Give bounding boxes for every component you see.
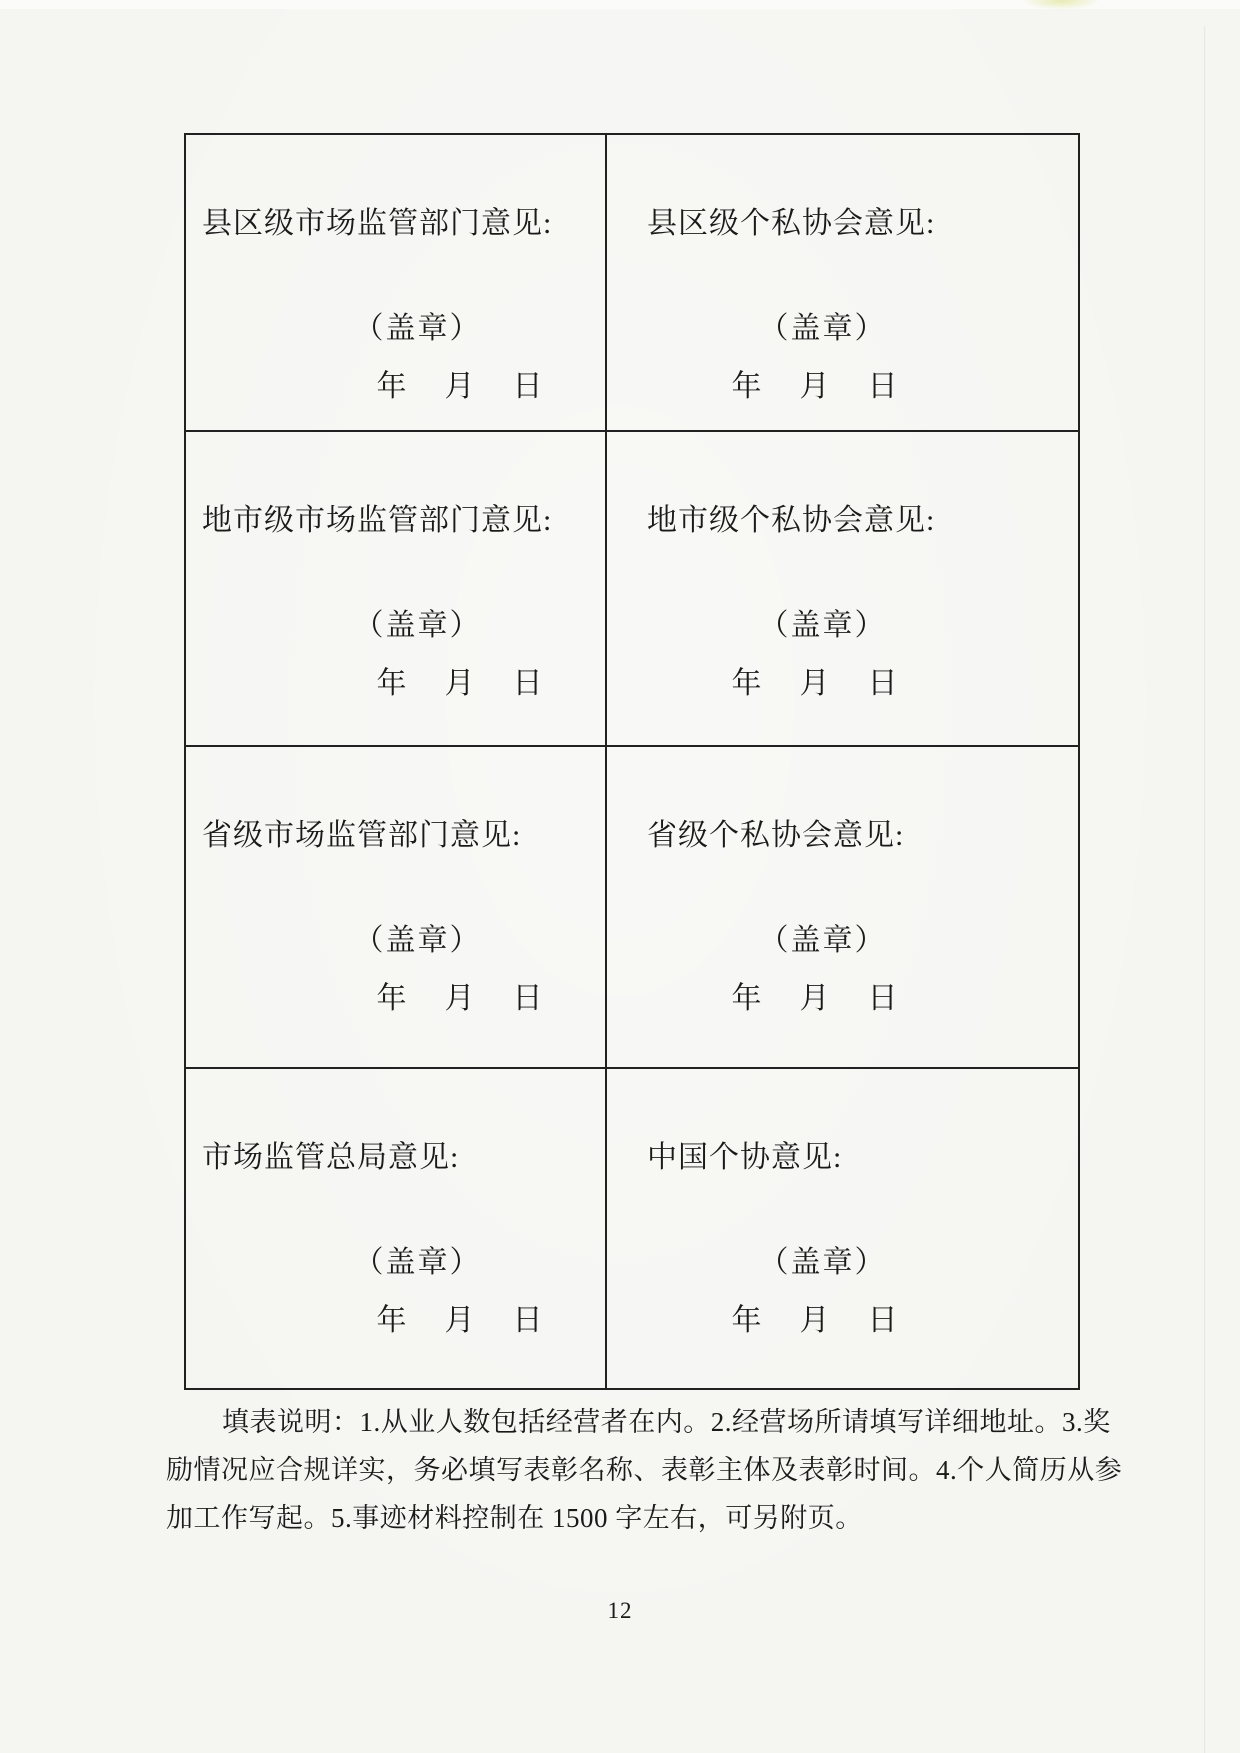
- opinion-table: 县区级市场监管部门意见: （盖章） 年 月 日 县区级个私协会意见: （盖章） …: [184, 133, 1080, 1390]
- opinion-title: 县区级市场监管部门意见:: [202, 209, 552, 239]
- opinion-cell-city-private-association: 地市级个私协会意见: （盖章） 年 月 日: [607, 432, 1078, 745]
- instruction-line: 填表说明：1.从业人数包括经营者在内。2.经营场所请填写详细地址。3.奖: [166, 1398, 1012, 1446]
- stamp-label: （盖章）: [208, 926, 627, 956]
- date-line: 年 月 日: [581, 669, 1052, 699]
- stamp-label: （盖章）: [587, 1248, 1058, 1278]
- opinion-title: 省级市场监管部门意见:: [202, 821, 521, 851]
- stamp-label: （盖章）: [587, 926, 1058, 956]
- table-row-national: 市场监管总局意见: （盖章） 年 月 日 中国个协意见: （盖章） 年 月 日: [186, 1067, 1078, 1388]
- opinion-title: 县区级个私协会意见:: [647, 209, 935, 239]
- table-row-city: 地市级市场监管部门意见: （盖章） 年 月 日 地市级个私协会意见: （盖章） …: [186, 430, 1078, 745]
- stamp-label: （盖章）: [587, 314, 1058, 344]
- date-line: 年 月 日: [581, 984, 1052, 1014]
- instruction-line: 加工作写起。5.事迹材料控制在 1500 字左右，可另附页。: [166, 1494, 1012, 1542]
- stamp-label: （盖章）: [208, 1248, 627, 1278]
- opinion-title: 省级个私协会意见:: [647, 821, 904, 851]
- opinion-cell-samr: 市场监管总局意见: （盖章） 年 月 日: [186, 1069, 607, 1388]
- opinion-cell-province-market-regulator: 省级市场监管部门意见: （盖章） 年 月 日: [186, 747, 607, 1067]
- scan-smudge-artifact: [1022, 0, 1100, 10]
- opinion-cell-county-market-regulator: 县区级市场监管部门意见: （盖章） 年 月 日: [186, 135, 607, 430]
- table-row-county: 县区级市场监管部门意见: （盖章） 年 月 日 县区级个私协会意见: （盖章） …: [186, 135, 1078, 430]
- page-number: 12: [0, 1598, 1240, 1624]
- opinion-title: 地市级个私协会意见:: [647, 506, 935, 536]
- stamp-label: （盖章）: [208, 611, 627, 641]
- opinion-cell-china-private-association: 中国个协意见: （盖章） 年 月 日: [607, 1069, 1078, 1388]
- opinion-title: 中国个协意见:: [647, 1143, 842, 1173]
- opinion-cell-county-private-association: 县区级个私协会意见: （盖章） 年 月 日: [607, 135, 1078, 430]
- date-line: 年 月 日: [581, 1306, 1052, 1336]
- opinion-title: 地市级市场监管部门意见:: [202, 506, 552, 536]
- scanned-page: 县区级市场监管部门意见: （盖章） 年 月 日 县区级个私协会意见: （盖章） …: [0, 0, 1240, 1753]
- stamp-label: （盖章）: [587, 611, 1058, 641]
- scan-right-edge-artifact: [1204, 26, 1207, 1753]
- opinion-title: 市场监管总局意见:: [202, 1143, 459, 1173]
- opinion-cell-province-private-association: 省级个私协会意见: （盖章） 年 月 日: [607, 747, 1078, 1067]
- stamp-label: （盖章）: [208, 314, 627, 344]
- form-filling-instructions: 填表说明：1.从业人数包括经营者在内。2.经营场所请填写详细地址。3.奖 励情况…: [166, 1398, 1012, 1542]
- table-row-province: 省级市场监管部门意见: （盖章） 年 月 日 省级个私协会意见: （盖章） 年 …: [186, 745, 1078, 1067]
- opinion-cell-city-market-regulator: 地市级市场监管部门意见: （盖章） 年 月 日: [186, 432, 607, 745]
- instruction-line: 励情况应合规详实，务必填写表彰名称、表彰主体及表彰时间。4.个人简历从参: [166, 1446, 1012, 1494]
- date-line: 年 月 日: [581, 372, 1052, 402]
